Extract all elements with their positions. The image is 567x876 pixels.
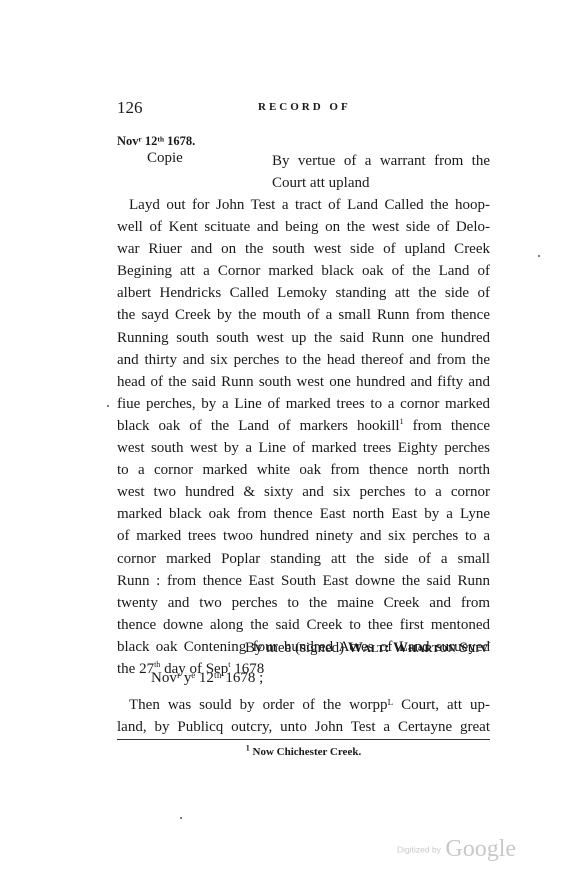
google-logo: Google	[445, 836, 516, 862]
watermark-prefix: Digitized by	[397, 845, 441, 855]
signature-line: By mee (signed) Walt: Wharton Survr	[245, 640, 490, 657]
body-line: Runn : from thence East South East downe…	[117, 570, 490, 592]
body-line: black oak of the Land of markers hookill…	[117, 415, 490, 437]
body-line: thence downe along the said Creek to the…	[117, 614, 490, 636]
footnote-text: Now Chichester Creek.	[250, 746, 361, 758]
body-line-text: from thence	[404, 418, 490, 434]
warrant-line: Court att upland	[272, 172, 490, 194]
body-line: land, by Publicq outcry, unto John Test …	[117, 716, 490, 738]
body-line-text: black oak of the Land of markers hookill	[117, 418, 400, 434]
body-line: to a cornor marked white oak from thence…	[117, 459, 490, 481]
body-line: well of Kent scituate and being on the w…	[117, 216, 490, 238]
body-line: Running south south west up the said Run…	[117, 327, 490, 349]
digitized-watermark: Digitized by Google	[397, 836, 516, 863]
warrant-heading: By vertue of a warrant from the Court at…	[272, 150, 490, 194]
body-line: Layd out for John Test a tract of Land C…	[117, 194, 490, 216]
scan-speck	[538, 255, 540, 257]
copie-label: Copie	[147, 150, 183, 167]
footnote: 1 Now Chichester Creek.	[0, 746, 567, 758]
warrant-line: By vertue of a warrant from the	[272, 150, 490, 172]
body-line: cornor marked Poplar standing att the si…	[117, 548, 490, 570]
scan-speck	[180, 817, 182, 819]
running-title: RECORD OF	[258, 101, 351, 113]
body-line: west two hundred & sixty and six perches…	[117, 481, 490, 503]
body-line: the sayd Creek by the mouth of a small R…	[117, 304, 490, 326]
body-line: fiue perches, by a Line of marked trees …	[117, 393, 490, 415]
body-line: war Riuer and on the south west side of …	[117, 238, 490, 260]
body-line-text: the 27	[117, 661, 154, 677]
body-line: twenty and two perches to the maine Cree…	[117, 592, 490, 614]
body-line: albert Hendricks Called Lemoky standing …	[117, 282, 490, 304]
body-line: Begining att a Cornor marked black oak o…	[117, 260, 490, 282]
sale-paragraph: Then was sould by order of the worppᴸ Co…	[117, 694, 490, 738]
body-line: Then was sould by order of the worppᴸ Co…	[117, 694, 490, 716]
margin-date: Novʳ 12ᵗʰ 1678.	[117, 134, 195, 149]
footnote-divider	[117, 739, 490, 740]
body-line: of marked trees twoo hundred ninety and …	[117, 525, 490, 547]
signature-title: Surv	[456, 640, 488, 656]
scan-speck	[107, 405, 109, 407]
surveyor-name: Walt: Wharton	[348, 640, 456, 656]
body-line: head of the said Runn south west one hun…	[117, 371, 490, 393]
page-header: 126 RECORD OF	[117, 98, 490, 118]
entry-date: Novʳ yᵉ 12ᵗʰ 1678 ;	[151, 670, 263, 687]
deed-body: Layd out for John Test a tract of Land C…	[117, 194, 490, 680]
body-line: west south west by a Line of marked tree…	[117, 437, 490, 459]
signature-prefix: By mee (signed)	[245, 640, 348, 656]
superscript: r	[488, 639, 491, 648]
page-number: 126	[117, 98, 143, 118]
body-line: and thirty and six perches to the head t…	[117, 349, 490, 371]
body-line: marked black oak from thence East north …	[117, 503, 490, 525]
